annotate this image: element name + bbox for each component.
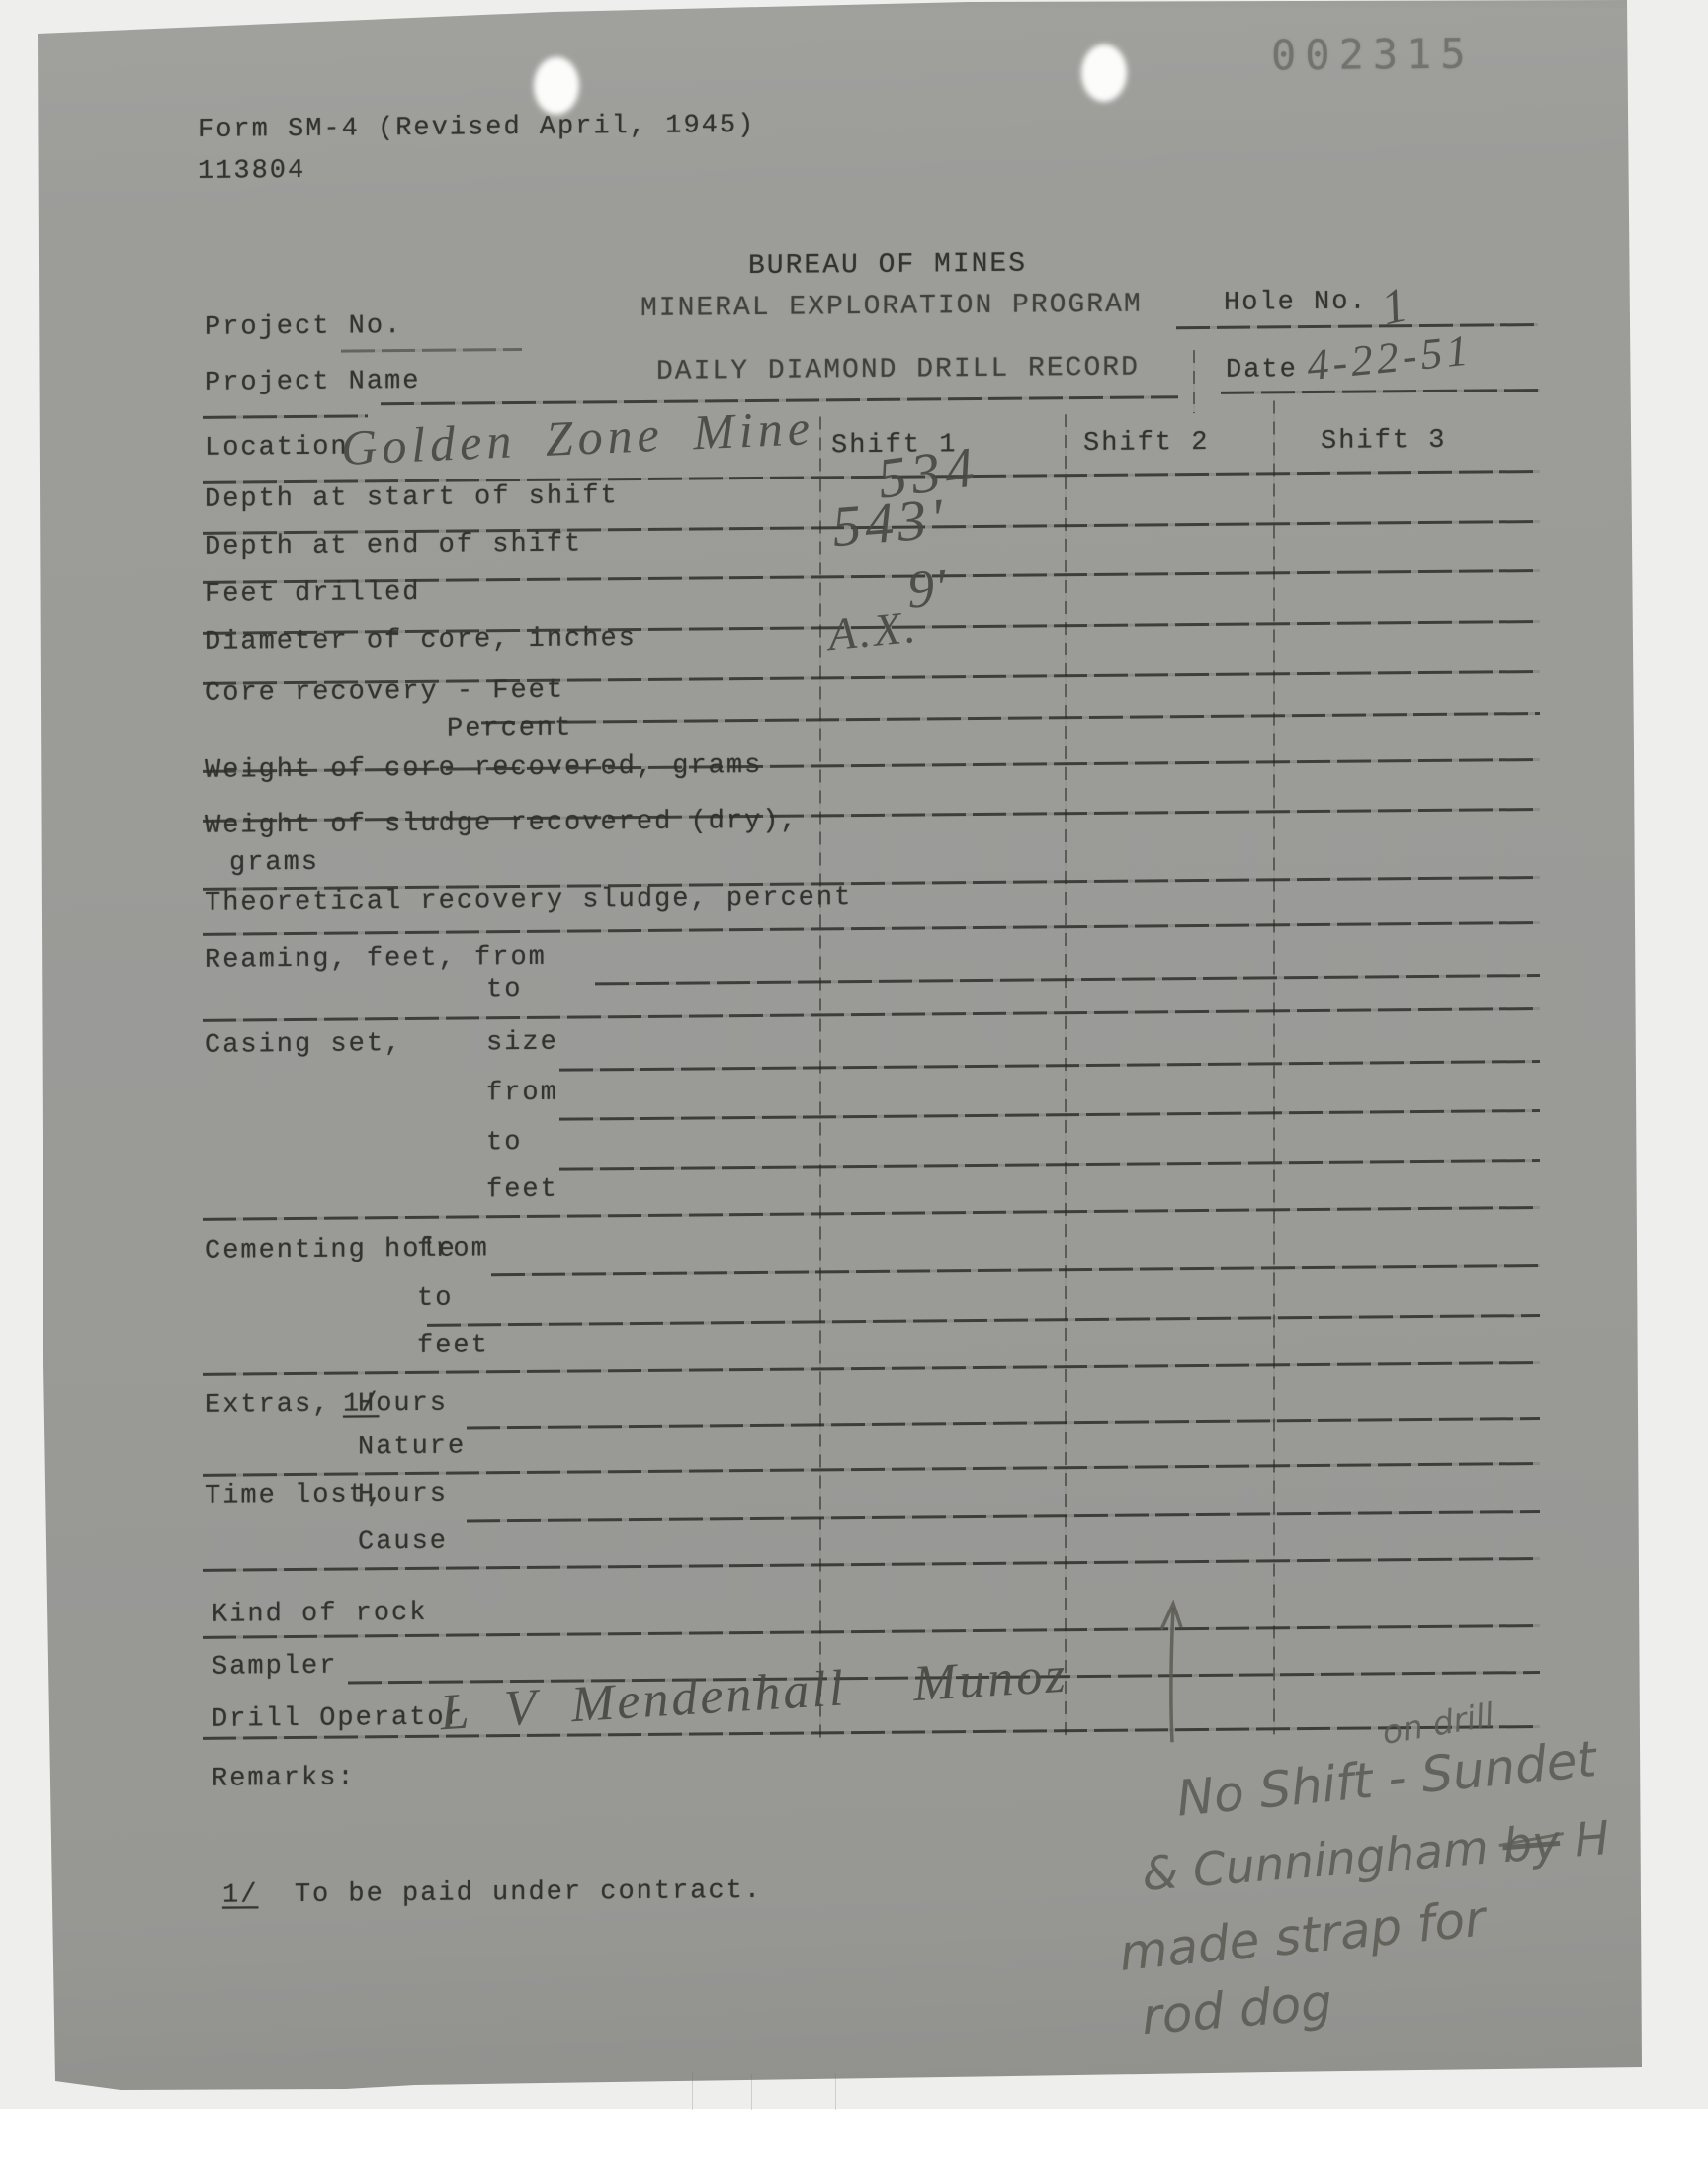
row-underline — [203, 1462, 1540, 1477]
row-underline — [427, 1314, 1540, 1327]
core-diameter-value: A.X. — [826, 600, 920, 660]
row-label: Extras, — [205, 1390, 330, 1421]
row-underline — [595, 974, 1540, 985]
serial-number-stamp: 002315 — [1271, 30, 1475, 80]
row-underline — [203, 1206, 1540, 1221]
row-sub-label: from — [417, 1234, 489, 1264]
hand-drawn-arrow — [1149, 1592, 1196, 1750]
row-sub-label: Hours — [358, 1480, 448, 1511]
note-line2: & Cunningham by H — [1141, 1811, 1611, 1902]
row-label: Theoretical recovery sludge, percent — [205, 883, 852, 918]
row-label: to — [486, 975, 522, 1004]
note-line2-struck-text: by — [1501, 1815, 1562, 1873]
form-id-line1: Form SM-4 (Revised April, 1945) — [198, 111, 755, 145]
row-label: Drill Operator — [212, 1703, 464, 1735]
row-label: Weight of core recovered, grams — [205, 751, 762, 786]
scanner-streak — [692, 2072, 693, 2110]
row-label: Feet drilled — [205, 578, 420, 610]
date-underline — [1221, 389, 1540, 394]
footnote-text: To be paid under contract. — [295, 1876, 762, 1910]
column-header-shift3: Shift 3 — [1321, 426, 1446, 457]
column-header-shift2: Shift 2 — [1083, 428, 1209, 459]
row-underline — [203, 1361, 1540, 1376]
row-sub-label: Cause — [358, 1527, 448, 1558]
column-divider — [1193, 350, 1195, 413]
depth-end-value: 543' — [830, 484, 949, 560]
scanner-streak — [835, 2073, 836, 2110]
document-content: Form SM-4 (Revised April, 1945) 113804 0… — [0, 0, 1708, 2175]
row-label: Percent — [447, 714, 572, 744]
column-divider — [819, 416, 821, 1738]
row-label: Casing set, — [205, 1029, 402, 1061]
hole-punch — [534, 57, 579, 115]
row-sub-label: to — [417, 1284, 453, 1314]
scanner-streak — [751, 2074, 752, 2110]
project-no-label: Project No. — [205, 311, 402, 343]
note-line4: rod dog — [1140, 1973, 1333, 2045]
row-underline — [467, 1510, 1540, 1522]
row-label: Location — [205, 433, 349, 464]
date-label: Date — [1226, 355, 1298, 386]
record-title: DAILY DIAMOND DRILL RECORD — [656, 353, 1140, 388]
date-value: 4-22-51 — [1305, 324, 1474, 391]
row-underline — [203, 1557, 1540, 1572]
row-label: Depth at end of shift — [205, 529, 582, 562]
row-label: Weight of sludge recovered (dry), — [205, 807, 799, 841]
row-underline — [559, 1159, 1540, 1171]
form-id-line2: 113804 — [198, 156, 305, 187]
location-value: Golden Zone Mine — [340, 398, 815, 477]
row-sub-label: Hours — [358, 1389, 448, 1420]
row-label: Kind of rock — [212, 1599, 427, 1630]
row-label: Core recovery - Feet — [205, 676, 564, 709]
project-name-label: Project Name — [205, 367, 420, 398]
row-sub-label: feet — [486, 1175, 558, 1206]
drill-operator-value: L V Mendenhall Munoz — [439, 1646, 1069, 1743]
hole-no-underline — [1176, 323, 1538, 329]
row-label: Depth at start of shift — [205, 481, 619, 515]
agency-title: BUREAU OF MINES — [748, 249, 1027, 282]
column-divider — [1065, 414, 1067, 1736]
row-label: Reaming, feet, from — [205, 943, 547, 976]
row-underline — [203, 921, 1540, 936]
form-rows: LocationDepth at start of shiftDepth at … — [0, 0, 1708, 3]
row-sub-label: size — [486, 1028, 558, 1059]
note-line2-suffix: H — [1558, 1811, 1611, 1870]
row-label: grams — [229, 848, 319, 879]
row-underline — [491, 1264, 1540, 1276]
program-title: MINERAL EXPLORATION PROGRAM — [640, 290, 1143, 324]
note-line3: made strap for — [1117, 1889, 1488, 1981]
footnote-spacer — [258, 1880, 294, 1910]
row-label: Diameter of core, inches — [205, 624, 637, 657]
row-sub-label: feet — [417, 1331, 489, 1361]
footnote-marker: 1/ — [222, 1880, 258, 1910]
column-divider — [1273, 400, 1275, 1734]
row-label: Sampler — [212, 1652, 337, 1683]
row-underline — [467, 1417, 1540, 1429]
footnote: 1/ To be paid under contract. — [222, 1876, 762, 1911]
project-no-blank-line — [341, 348, 522, 353]
row-sub-label: from — [486, 1079, 558, 1109]
hole-no-label: Hole No. — [1224, 288, 1368, 318]
row-underline — [481, 712, 1540, 724]
row-label: Remarks: — [212, 1763, 356, 1793]
hole-punch — [1081, 44, 1127, 102]
row-sub-label: to — [486, 1128, 522, 1158]
row-underline — [203, 1007, 1540, 1022]
row-underline — [559, 1060, 1540, 1072]
row-underline — [559, 1109, 1540, 1121]
row-sub-label: Nature — [358, 1433, 466, 1463]
note-line2-prefix: & Cunningham — [1141, 1819, 1505, 1902]
